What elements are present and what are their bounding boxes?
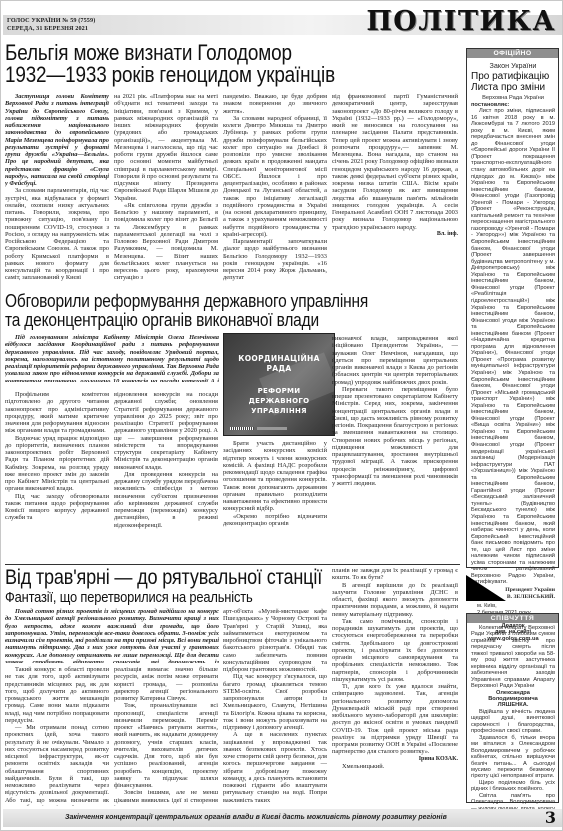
image-footer-strip <box>257 427 287 430</box>
condolence-header: СПІВЧУТТЯ <box>467 614 558 623</box>
article1-col2-text-2: «Як співголова групи дружби з Бельгією у… <box>114 202 218 282</box>
article2-col3-text: Брати участь дистанційно у засіданнях ко… <box>223 440 327 513</box>
article3-col1-text: Такий конкурс в області провели не так д… <box>5 666 109 724</box>
law-title: Про ратифікацію Листа про зміни <box>471 71 555 93</box>
article2-col3-text-2: «Окремо потрібно відзначити деконцентрац… <box>223 513 327 528</box>
article3-headline: Від трав'ярні — до рятувальної станції <box>5 567 322 589</box>
article2-column-2: відновлення конкурсів на посади державно… <box>114 391 218 561</box>
page-number: 3 <box>545 808 556 827</box>
article3-signature: Ірина КОЗАК. <box>332 756 458 763</box>
page-footer: Закінчення концентрації центральних орга… <box>3 809 562 827</box>
article1-col4-text: від франкомовної партії Гуманістичний де… <box>332 93 458 231</box>
official-body: Закон України Про ратифікацію Листа про … <box>467 58 558 645</box>
footer-quote: Закінчення концентрації центральних орга… <box>65 812 447 821</box>
image-text-line1: КООРДИНАЦІЙНА <box>224 354 334 364</box>
image-text-line3: РЕФОРМИ <box>224 386 334 396</box>
article3-col3-text-2: Під час конкурсу з'ясувалося, що багато … <box>223 673 327 731</box>
issue-date: СЕРЕДА, 31 БЕРЕЗНЯ 2021 <box>7 25 95 33</box>
article3-col3-text-3: А ще в населених пунктах зацікавлені у в… <box>223 731 327 804</box>
article3-column-3: арт-об'єкта «Музей-мистецьке кафе Пшезде… <box>223 608 327 806</box>
article2-col2-text: відновлення конкурсів на посади державно… <box>114 391 218 471</box>
official-header: ОФІЦІЙНО <box>467 49 558 58</box>
article3-lead: Понад сотню різних проектів із місцевих … <box>5 608 219 663</box>
article1-signature: Вл. інф. <box>332 231 458 238</box>
article1-headline-line2: 1932—1933 років геноцидом українців <box>5 64 335 86</box>
article3-col2-text: реалізація вимагає значно більше ресурсі… <box>114 666 218 702</box>
article3-col4-text-2: В агенції вирішили до їх реалізації залу… <box>332 582 458 618</box>
image-caption-top: КООРДИНАЦІЙНА РАДА <box>224 354 334 374</box>
image-text-line2: РАДА <box>224 364 334 374</box>
article2-headline-line1: Обговорили реформування державного управ… <box>5 292 368 311</box>
article2-col4-text: виконавчої влади, запровадження якої іні… <box>332 335 458 386</box>
article3-column-4: планів не завжди для їх реалізації у гро… <box>332 567 458 806</box>
article3-col3-text: арт-об'єкта «Музей-мистецьке кафе Пшезде… <box>223 608 327 673</box>
masthead-info: ГОЛОС УКРАЇНИ № 59 (7559) СЕРЕДА, 31 БЕР… <box>7 17 95 32</box>
article3-col4-text: планів не завжди для їх реалізації у гро… <box>332 567 458 582</box>
article3-col2-text-3: Зовсім іншими, але не менш цікавими вияв… <box>114 789 218 806</box>
condolence-text-1: Колектив Апарату Верховної Ради України … <box>471 625 555 690</box>
article3-subheadline: Фантазії, що перетворилися на реальність <box>5 589 253 606</box>
article2-col2-text-2: Для проведення конкурсів на державну слу… <box>114 471 218 529</box>
newspaper-page: ГОЛОС УКРАЇНИ № 59 (7559) СЕРЕДА, 31 БЕР… <box>0 0 563 831</box>
article3-column-1: Такий конкурс в області провели не так д… <box>5 666 109 806</box>
article3-col1-text-2: — Ми отримали понад сотню проектних ідей… <box>5 724 109 806</box>
law-text: Лист про зміни, підписаний 16 квітня 201… <box>471 108 555 586</box>
article1-column-4: від франкомовної партії Гуманістичний де… <box>332 93 458 299</box>
article1-col3-text-2: За словами народної обраниці, її колеги … <box>223 115 327 238</box>
article1-column-2: на 2021 рік. «Платформа має на меті об'є… <box>114 93 218 301</box>
article3-place: Хмельницький. <box>332 763 458 770</box>
image-text-line4: ДЕРЖАВНОГО <box>224 396 334 406</box>
coordination-council-image: КООРДИНАЦІЙНА РАДА РЕФОРМИ ДЕРЖАВНОГО УП… <box>223 333 335 436</box>
article3-col4-text-3: Так само помічників, спонсорів і порадни… <box>332 618 458 683</box>
article3-column-2: реалізація вимагає значно більше ресурсі… <box>114 666 218 806</box>
article1-col3-text: пандемію. Вважаю, це буде добрим знаком … <box>223 93 327 115</box>
article3-col4-text-4: Ті, для кого їх уже вдалося знайти, спів… <box>332 683 458 756</box>
issue-number: ГОЛОС УКРАЇНИ № 59 (7559) <box>7 17 95 25</box>
article2-headline-line2: та деконцентрацію органів виконавчої вла… <box>5 311 319 330</box>
article2-col1-text-2: Водночас уряд працює відповідно до пріор… <box>5 435 109 493</box>
article-divider <box>5 564 460 565</box>
article2-col1-text-3: Під час заходу обговорювали також питанн… <box>5 493 109 522</box>
article1-column-3: пандемію. Вважаю, це буде добрим знаком … <box>223 93 327 301</box>
image-text-line5: УПРАВЛІННЯ <box>224 406 334 416</box>
condolence-text-3: Здавалося б, тільки вчора ми віталися з … <box>471 735 555 780</box>
decorative-triangle <box>466 575 506 601</box>
article1-column-1: Заступниця голови Комітету Верховної Рад… <box>5 93 109 301</box>
article3-lead-block: Понад сотню різних проектів із місцевих … <box>5 608 219 663</box>
condolence-text-4: Щиро поділяємо біль усіх рідних і близьк… <box>471 780 555 793</box>
condolence-body: Колектив Апарату Верховної Ради України … <box>467 623 558 828</box>
image-caption-bottom: РЕФОРМИ ДЕРЖАВНОГО УПРАВЛІННЯ <box>224 386 334 416</box>
law-intro: Верховна Рада України <box>471 95 555 102</box>
law-label: Закон України <box>471 61 555 70</box>
condolence-box: СПІВЧУТТЯ Колектив Апарату Верховної Рад… <box>466 613 559 803</box>
article3-col2-text-2: Тож, проаналізувавши всі пропозиції, спе… <box>114 702 218 789</box>
article1-headline-line1: Бельгія може визнати Голодомор <box>5 42 292 64</box>
article1-lead: Заступниця голови Комітету Верховної Рад… <box>5 93 109 187</box>
image-barcode-icon <box>230 427 254 430</box>
article1-col2-text: на 2021 рік. «Платформа має на меті об'є… <box>114 93 218 202</box>
article2-column-3: Брати участь дистанційно у засіданнях ко… <box>223 440 327 561</box>
article2-col4-text-2: Переваги такого переміщення було вперше … <box>332 386 458 488</box>
article1-col3-text-3: Парламентарії започаткували діалог щодо … <box>223 238 327 282</box>
article2-lead: Під головуванням міністра Кабінету Мініс… <box>5 334 219 382</box>
article2-lead-block: Під головуванням міністра Кабінету Мініс… <box>5 334 219 382</box>
section-title: ПОЛІТИКА <box>366 7 556 37</box>
article2-column-4: виконавчої влади, запровадження якої іні… <box>332 335 458 561</box>
condolence-text-2: Відійшла у вічність людина щедрої душі, … <box>471 709 555 735</box>
article2-col1-text: Профільним комітетом підготовлено до дру… <box>5 391 109 435</box>
article1-col1-text: За словами парламентарія, під час зустрі… <box>5 187 109 281</box>
official-sidebar: ОФІЦІЙНО Закон України Про ратифікацію Л… <box>466 48 559 568</box>
article2-column-1: Профільним комітетом підготовлено до дру… <box>5 391 109 561</box>
